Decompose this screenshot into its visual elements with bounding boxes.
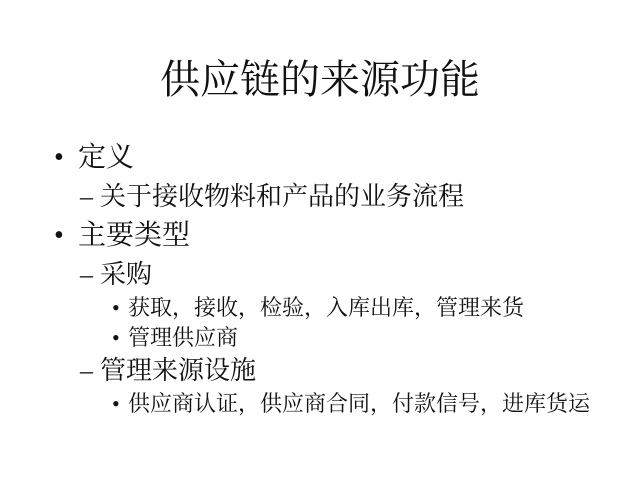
bullet-item: • 定义 (0, 137, 640, 179)
bullet-item: • 获取，接收，检验，入库出库，管理来货 (0, 293, 640, 323)
bullet-text: 供应商认证，供应商合同，付款信号，进库货运 (128, 389, 590, 419)
bullet-text: 管理供应商 (128, 323, 238, 353)
bullet-text: 采购 (100, 257, 152, 293)
bullet-item: • 供应商认证，供应商合同，付款信号，进库货运 (0, 389, 640, 419)
bullet-disc-icon: • (54, 215, 78, 257)
bullet-dash-icon: – (80, 179, 100, 215)
bullet-item: – 采购 (0, 257, 640, 293)
bullet-disc-icon: • (112, 293, 128, 323)
bullet-disc-icon: • (54, 137, 78, 179)
bullet-text: 获取，接收，检验，入库出库，管理来货 (128, 293, 524, 323)
bullet-text: 主要类型 (78, 215, 190, 257)
bullet-item: • 主要类型 (0, 215, 640, 257)
bullet-text: 管理来源设施 (100, 353, 256, 389)
bullet-item: – 关于接收物料和产品的业务流程 (0, 179, 640, 215)
bullet-disc-icon: • (112, 323, 128, 353)
bullet-dash-icon: – (80, 257, 100, 293)
bullet-disc-icon: • (112, 389, 128, 419)
bullet-item: – 管理来源设施 (0, 353, 640, 389)
slide-title: 供应链的来源功能 (0, 57, 640, 103)
slide-body: • 定义 – 关于接收物料和产品的业务流程 • 主要类型 – 采购 • 获取，接… (0, 137, 640, 419)
bullet-item: • 管理供应商 (0, 323, 640, 353)
bullet-dash-icon: – (80, 353, 100, 389)
bullet-text: 关于接收物料和产品的业务流程 (100, 179, 464, 215)
bullet-text: 定义 (78, 137, 134, 179)
presentation-slide: 供应链的来源功能 • 定义 – 关于接收物料和产品的业务流程 • 主要类型 – … (0, 0, 640, 480)
